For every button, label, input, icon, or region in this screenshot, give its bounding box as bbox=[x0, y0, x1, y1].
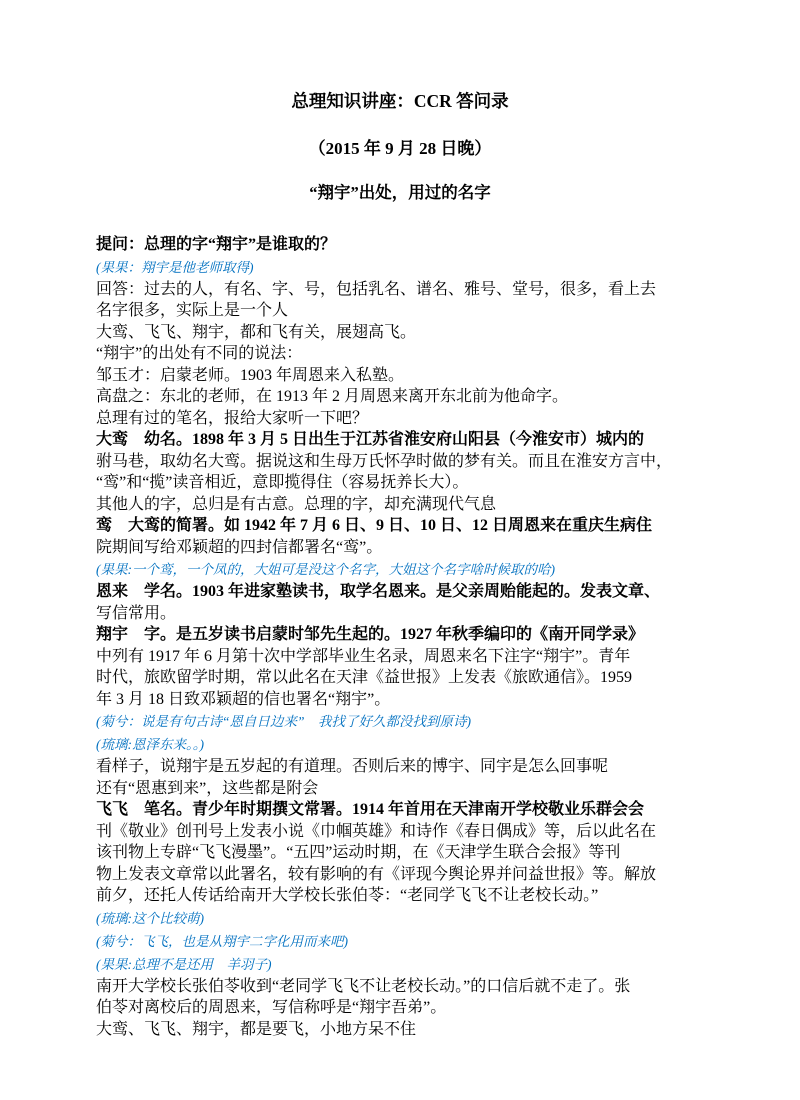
line-text: 物上发表文章常以此署名，较有影响的有《评现今舆论界并问益世报》等。解放 bbox=[96, 866, 656, 883]
line-text: “翔宇”的出处有不同的说法： bbox=[96, 345, 302, 362]
line-text: (琉璃:这个比较萌) bbox=[96, 911, 204, 926]
line-text: 幼名。1898 年 3 月 5 日出生于江苏省淮安府山阳县（今淮安市）城内的 bbox=[128, 431, 644, 448]
line-text: 看样子，说翔宇是五岁起的有道理。否则后来的博宇、同宇是怎么回事呢 bbox=[96, 758, 608, 775]
line-text: (琉璃:恩泽东来。。) bbox=[96, 737, 204, 752]
line-text: 中列有 1917 年 6 月第十次中学部毕业生名录，周恩来名下注字“翔宇”。青年 bbox=[96, 648, 630, 665]
text-line: 写信常用。 bbox=[96, 603, 704, 625]
line-text: 笔名。青少年时期撰文常署。1914 年首用在天津南开学校敬业乐群会会 bbox=[128, 801, 644, 818]
text-line: “鸾”和“揽”读音相近，意即揽得住（容易抚养长大）。 bbox=[96, 472, 704, 494]
text-line: 驸马巷，取幼名大鸾。据说这和生母万氏怀孕时做的梦有关。而且在淮安方言中， bbox=[96, 451, 704, 473]
text-line: 还有“恩惠到来”，这些都是附会 bbox=[96, 778, 704, 800]
text-line: 前夕，还托人传话给南开大学校长张伯苓：“老同学飞飞不让老校长动。” bbox=[96, 885, 704, 907]
document-page: 总理知识讲座：CCR 答问录 （2015 年 9 月 28 日晚） “翔宇”出处… bbox=[0, 0, 800, 1100]
text-line: 飞飞 笔名。青少年时期撰文常署。1914 年首用在天津南开学校敬业乐群会会 bbox=[96, 799, 704, 821]
line-text: 学名。1903 年进家塾读书，取学名恩来。是父亲周贻能起的。发表文章、 bbox=[128, 583, 660, 600]
line-text: 时代，旅欧留学时期，常以此名在天津《益世报》上发表《旅欧通信》。1959 bbox=[96, 669, 632, 686]
text-line: 南开大学校长张伯苓收到“老同学飞飞不让老校长动。”的口信后就不走了。张 bbox=[96, 976, 704, 998]
annotation-line: (菊兮：说是有句古诗“恩自日边来” 我找了好久都没找到原诗) bbox=[96, 710, 704, 733]
text-line: 恩来 学名。1903 年进家塾读书，取学名恩来。是父亲周贻能起的。发表文章、 bbox=[96, 581, 704, 603]
annotation-line: (琉璃:恩泽东来。。) bbox=[96, 733, 704, 756]
line-text: (果果：翔宇是他老师取得) bbox=[96, 260, 254, 275]
text-line: 邹玉才：启蒙老师。1903 年周恩来入私塾。 bbox=[96, 365, 704, 387]
text-line: 回答：过去的人，有名、字、号，包括乳名、谱名、雅号、堂号，很多，看上去 bbox=[96, 279, 704, 301]
line-text: 刊《敬业》创刊号上发表小说《巾帼英雄》和诗作《春日偶成》等，后以此名在 bbox=[96, 823, 656, 840]
term-label: 鸾 bbox=[96, 517, 112, 534]
annotation-line: (果果:总理不是还用 羊羽子) bbox=[96, 953, 704, 976]
text-line: 院期间写给邓颖超的四封信都署名“鸾”。 bbox=[96, 537, 704, 559]
line-text: 回答：过去的人，有名、字、号，包括乳名、谱名、雅号、堂号，很多，看上去 bbox=[96, 281, 656, 298]
line-text: “鸾”和“揽”读音相近，意即揽得住（容易抚养长大）。 bbox=[96, 474, 468, 491]
text-line: 总理有过的笔名，报给大家听一下吧？ bbox=[96, 408, 704, 430]
document-body: 提问：总理的字“翔宇”是谁取的？(果果：翔宇是他老师取得)回答：过去的人，有名、… bbox=[96, 234, 704, 1040]
text-line: 时代，旅欧留学时期，常以此名在天津《益世报》上发表《旅欧通信》。1959 bbox=[96, 667, 704, 689]
document-title: 总理知识讲座：CCR 答问录 bbox=[96, 88, 704, 114]
line-text: 写信常用。 bbox=[96, 605, 176, 622]
line-text: 还有“恩惠到来”，这些都是附会 bbox=[96, 780, 318, 797]
line-text: 前夕，还托人传话给南开大学校长张伯苓：“老同学飞飞不让老校长动。” bbox=[96, 887, 598, 904]
text-line: 其他人的字，总归是有古意。总理的字，却充满现代气息 bbox=[96, 494, 704, 516]
line-text: 大鸾的简署。如 1942 年 7 月 6 日、9 日、10 日、12 日周恩来在… bbox=[112, 517, 652, 534]
text-line: 中列有 1917 年 6 月第十次中学部毕业生名录，周恩来名下注字“翔宇”。青年 bbox=[96, 646, 704, 668]
term-label: 恩来 bbox=[96, 583, 128, 600]
text-line: 大鸾、飞飞、翔宇，都和飞有关，展翅高飞。 bbox=[96, 322, 704, 344]
annotation-line: (果果:一个鸾，一个凤的，大姐可是没这个名字，大姐这个名字啥时候取的哈) bbox=[96, 558, 704, 581]
text-line: 鸾 大鸾的简署。如 1942 年 7 月 6 日、9 日、10 日、12 日周恩… bbox=[96, 515, 704, 537]
line-text: 高盘之：东北的老师，在 1913 年 2 月周恩来离开东北前为他命字。 bbox=[96, 388, 568, 405]
line-text: 院期间写给邓颖超的四封信都署名“鸾”。 bbox=[96, 539, 382, 556]
line-text: (果果:总理不是还用 羊羽子) bbox=[96, 957, 272, 972]
line-text: 其他人的字，总归是有古意。总理的字，却充满现代气息 bbox=[96, 496, 496, 513]
line-text: 提问：总理的字“翔宇”是谁取的？ bbox=[96, 236, 336, 253]
document-date: （2015 年 9 月 28 日晚） bbox=[96, 135, 704, 162]
line-text: 字。是五岁读书启蒙时邹先生起的。1927 年秋季编印的《南开同学录》 bbox=[128, 626, 644, 643]
text-line: 高盘之：东北的老师，在 1913 年 2 月周恩来离开东北前为他命字。 bbox=[96, 386, 704, 408]
text-line: 名字很多，实际上是一个人 bbox=[96, 300, 704, 322]
line-text: (果果:一个鸾，一个凤的，大姐可是没这个名字，大姐这个名字啥时候取的哈) bbox=[96, 562, 555, 577]
term-label: 大鸾 bbox=[96, 431, 128, 448]
line-text: (菊兮：说是有句古诗“恩自日边来” 我找了好久都没找到原诗) bbox=[96, 714, 471, 729]
annotation-line: (果果：翔宇是他老师取得) bbox=[96, 256, 704, 279]
document-subtitle: “翔宇”出处，用过的名字 bbox=[96, 179, 704, 206]
annotation-line: (琉璃:这个比较萌) bbox=[96, 907, 704, 930]
text-line: 翔宇 字。是五岁读书启蒙时邹先生起的。1927 年秋季编印的《南开同学录》 bbox=[96, 624, 704, 646]
line-text: 该刊物上专辟“飞飞漫墨”。“五四”运动时期，在《天津学生联合会报》等刊 bbox=[96, 844, 620, 861]
annotation-line: (菊兮：飞飞，也是从翔宇二字化用而来吧) bbox=[96, 930, 704, 953]
text-line: 伯苓对离校后的周恩来，写信称呼是“翔宇吾弟”。 bbox=[96, 997, 704, 1019]
line-text: 邹玉才：启蒙老师。1903 年周恩来入私塾。 bbox=[96, 367, 404, 384]
term-label: 翔宇 bbox=[96, 626, 128, 643]
text-line: 大鸾、飞飞、翔宇，都是要飞，小地方呆不住 bbox=[96, 1019, 704, 1041]
line-text: (菊兮：飞飞，也是从翔宇二字化用而来吧) bbox=[96, 934, 348, 949]
line-text: 总理有过的笔名，报给大家听一下吧？ bbox=[96, 410, 368, 427]
line-text: 大鸾、飞飞、翔宇，都和飞有关，展翅高飞。 bbox=[96, 324, 416, 341]
text-line: 提问：总理的字“翔宇”是谁取的？ bbox=[96, 234, 704, 256]
line-text: 南开大学校长张伯苓收到“老同学飞飞不让老校长动。”的口信后就不走了。张 bbox=[96, 978, 630, 995]
line-text: 伯苓对离校后的周恩来，写信称呼是“翔宇吾弟”。 bbox=[96, 999, 446, 1016]
text-line: 物上发表文章常以此署名，较有影响的有《评现今舆论界并问益世报》等。解放 bbox=[96, 864, 704, 886]
line-text: 年 3 月 18 日致邓颖超的信也署名“翔宇”。 bbox=[96, 691, 390, 708]
line-text: 驸马巷，取幼名大鸾。据说这和生母万氏怀孕时做的梦有关。而且在淮安方言中， bbox=[96, 453, 672, 470]
line-text: 大鸾、飞飞、翔宇，都是要飞，小地方呆不住 bbox=[96, 1021, 416, 1038]
text-line: 年 3 月 18 日致邓颖超的信也署名“翔宇”。 bbox=[96, 689, 704, 711]
text-line: “翔宇”的出处有不同的说法： bbox=[96, 343, 704, 365]
text-line: 看样子，说翔宇是五岁起的有道理。否则后来的博宇、同宇是怎么回事呢 bbox=[96, 756, 704, 778]
text-line: 该刊物上专辟“飞飞漫墨”。“五四”运动时期，在《天津学生联合会报》等刊 bbox=[96, 842, 704, 864]
text-line: 大鸾 幼名。1898 年 3 月 5 日出生于江苏省淮安府山阳县（今淮安市）城内… bbox=[96, 429, 704, 451]
text-line: 刊《敬业》创刊号上发表小说《巾帼英雄》和诗作《春日偶成》等，后以此名在 bbox=[96, 821, 704, 843]
term-label: 飞飞 bbox=[96, 801, 128, 818]
line-text: 名字很多，实际上是一个人 bbox=[96, 302, 288, 319]
